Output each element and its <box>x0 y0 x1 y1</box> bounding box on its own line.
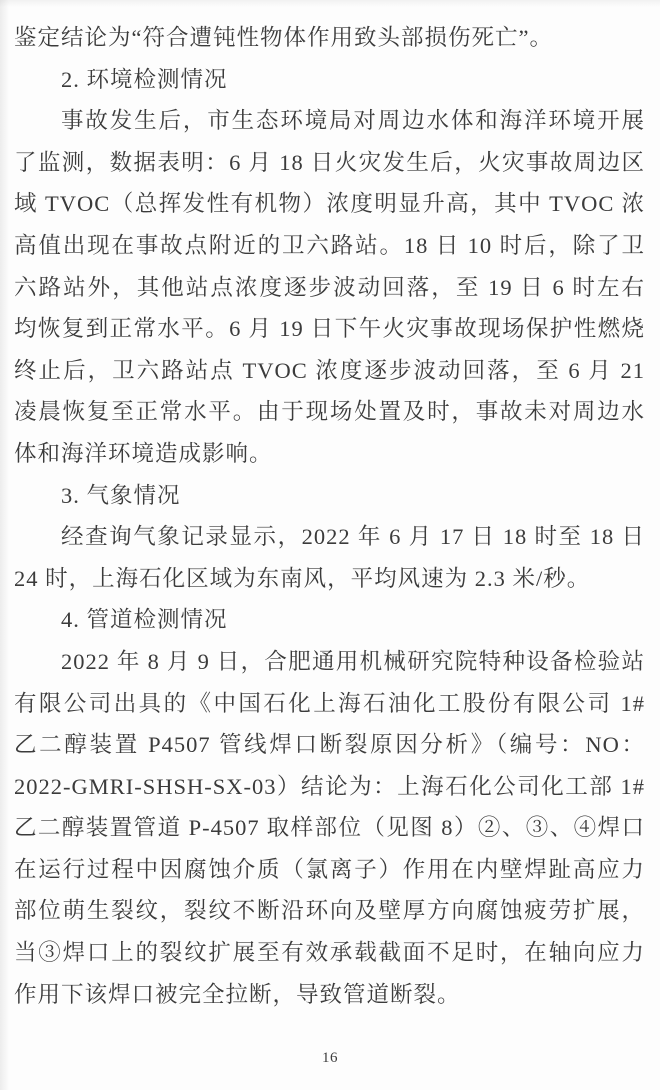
text-line: 作用下该焊口被完全拉断，导致管道断裂。 <box>14 974 645 1016</box>
text-line: 4. 管道检测情况 <box>14 599 645 641</box>
text-line: 了监测，数据表明：6 月 18 日火灾发生后，火灾事故周边区 <box>14 142 645 184</box>
text-line: 终止后，卫六路站点 TVOC 浓度逐步波动回落，至 6 月 21 日 <box>14 350 645 392</box>
document-page: 鉴定结论为“符合遭钝性物体作用致头部损伤死亡”。2. 环境检测情况事故发生后，市… <box>0 0 660 1090</box>
page-number: 16 <box>0 1050 660 1067</box>
text-line: 均恢复到正常水平。6 月 19 日下午火灾事故现场保护性燃烧 <box>14 308 645 350</box>
text-line: 2. 环境检测情况 <box>14 59 645 101</box>
text-line: 2022 年 8 月 9 日，合肥通用机械研究院特种设备检验站 <box>14 641 645 683</box>
text-line: 体和海洋环境造成影响。 <box>14 433 645 475</box>
text-line: 事故发生后，市生态环境局对周边水体和海洋环境开展 <box>14 100 645 142</box>
text-line: 有限公司出具的《中国石化上海石油化工股份有限公司 1# <box>14 683 645 725</box>
document-body: 鉴定结论为“符合遭钝性物体作用致头部损伤死亡”。2. 环境检测情况事故发生后，市… <box>14 17 645 1015</box>
text-line: 24 时，上海石化区域为东南风，平均风速为 2.3 米/秒。 <box>14 558 645 600</box>
text-line: 经查询气象记录显示，2022 年 6 月 17 日 18 时至 18 日 <box>14 516 645 558</box>
text-line: 鉴定结论为“符合遭钝性物体作用致头部损伤死亡”。 <box>14 17 645 59</box>
text-line: 乙二醇装置管道 P-4507 取样部位（见图 8）②、③、④焊口 <box>14 807 645 849</box>
text-line: 当③焊口上的裂纹扩展至有效承载截面不足时，在轴向应力 <box>14 932 645 974</box>
text-line: 在运行过程中因腐蚀介质（氯离子）作用在内壁焊趾高应力 <box>14 849 645 891</box>
text-line: 乙二醇装置 P4507 管线焊口断裂原因分析》（编号：NO： <box>14 724 645 766</box>
text-line: 高值出现在事故点附近的卫六路站。18 日 10 时后，除了卫 <box>14 225 645 267</box>
text-line: 域 TVOC（总挥发性有机物）浓度明显升高，其中 TVOC 浓度 <box>14 183 645 225</box>
text-line: 2022-GMRI-SHSH-SX-03）结论为：上海石化公司化工部 1# <box>14 766 645 808</box>
text-line: 凌晨恢复至正常水平。由于现场处置及时，事故未对周边水 <box>14 391 645 433</box>
text-line: 3. 气象情况 <box>14 475 645 517</box>
text-line: 部位萌生裂纹，裂纹不断沿环向及壁厚方向腐蚀疲劳扩展， <box>14 890 645 932</box>
text-line: 六路站外，其他站点浓度逐步波动回落，至 19 日 6 时左右 <box>14 267 645 309</box>
